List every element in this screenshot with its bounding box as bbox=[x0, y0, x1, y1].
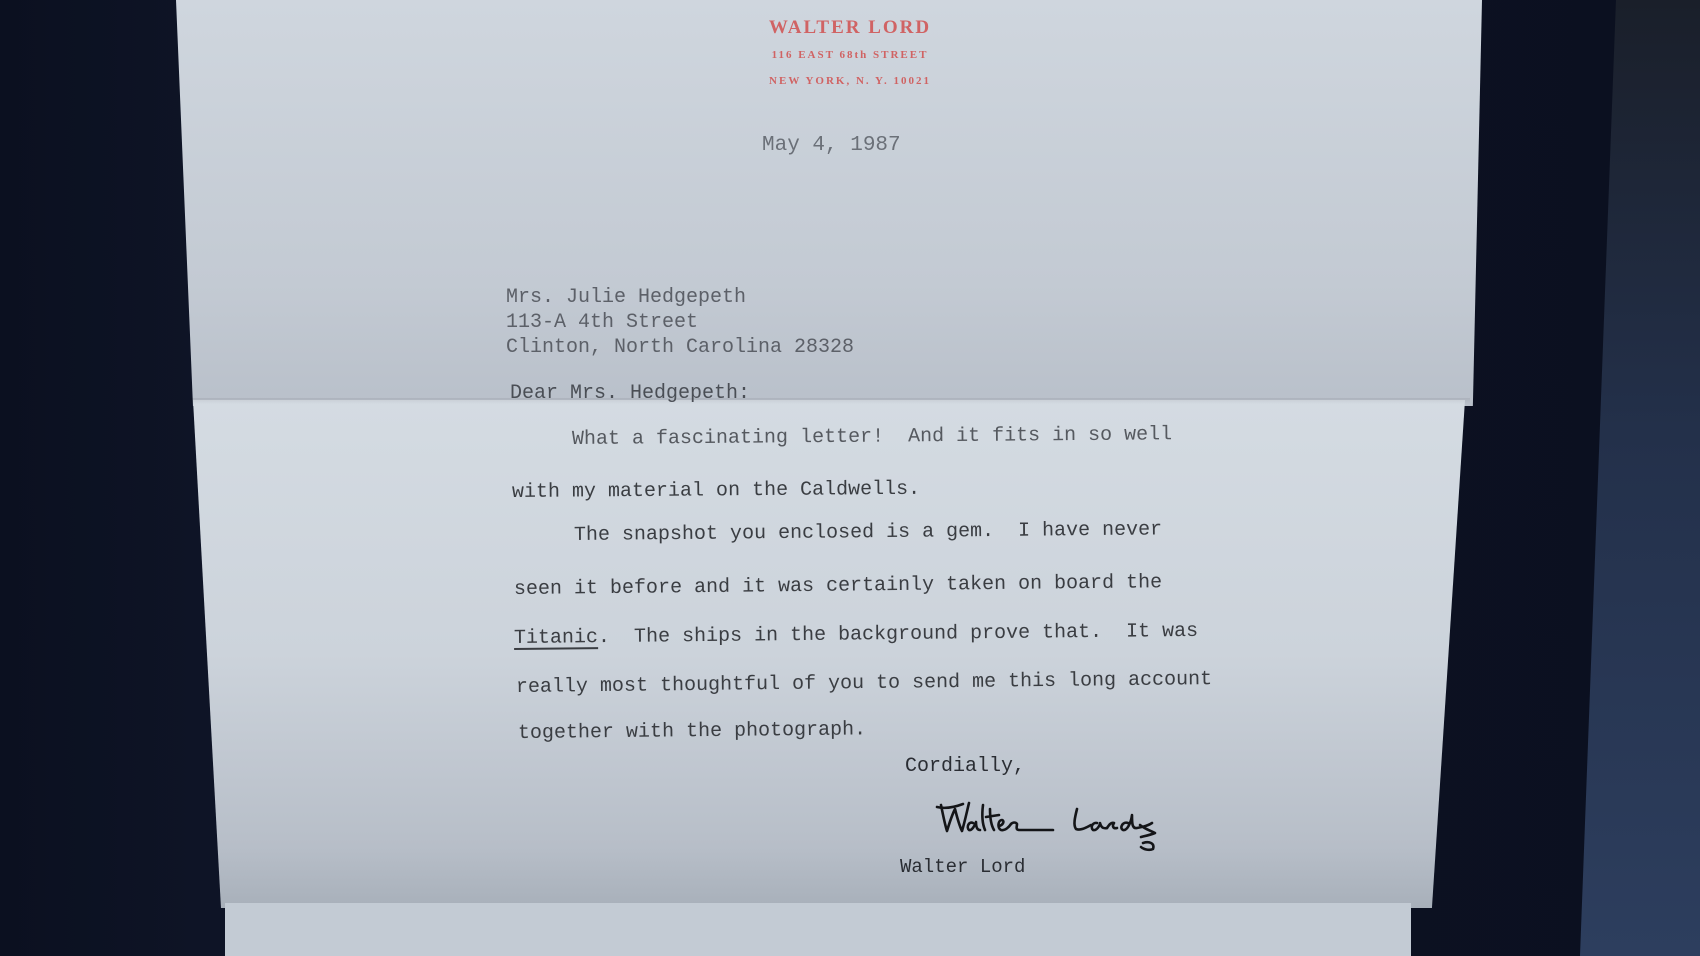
letterhead-name: WALTER LORD bbox=[740, 14, 960, 42]
recipient-street: 113-A 4th Street bbox=[506, 310, 698, 335]
recipient-name: Mrs. Julie Hedgepeth bbox=[506, 285, 746, 310]
letter-date: May 4, 1987 bbox=[762, 134, 901, 157]
letterhead: WALTER LORD 116 EAST 68th STREET NEW YOR… bbox=[740, 14, 960, 94]
typed-signature-name: Walter Lord bbox=[900, 856, 1025, 878]
body-line: What a fascinating letter! And it fits i… bbox=[572, 423, 1172, 451]
letterhead-street: 116 EAST 68th STREET bbox=[740, 42, 960, 68]
paper-fold-crease bbox=[190, 398, 1470, 404]
titanic-underlined-word: Titanic bbox=[514, 626, 598, 650]
letter-paper-bottom-panel bbox=[225, 903, 1411, 956]
salutation: Dear Mrs. Hedgepeth: bbox=[510, 382, 750, 405]
letter-paper-middle-panel bbox=[193, 400, 1465, 908]
body-line: with my material on the Caldwells. bbox=[512, 478, 920, 504]
handwritten-signature bbox=[935, 795, 1190, 855]
closing: Cordially, bbox=[905, 755, 1025, 778]
letterhead-city: NEW YORK, N. Y. 10021 bbox=[740, 68, 960, 94]
body-line: together with the photograph. bbox=[518, 718, 866, 745]
recipient-city: Clinton, North Carolina 28328 bbox=[506, 335, 854, 360]
